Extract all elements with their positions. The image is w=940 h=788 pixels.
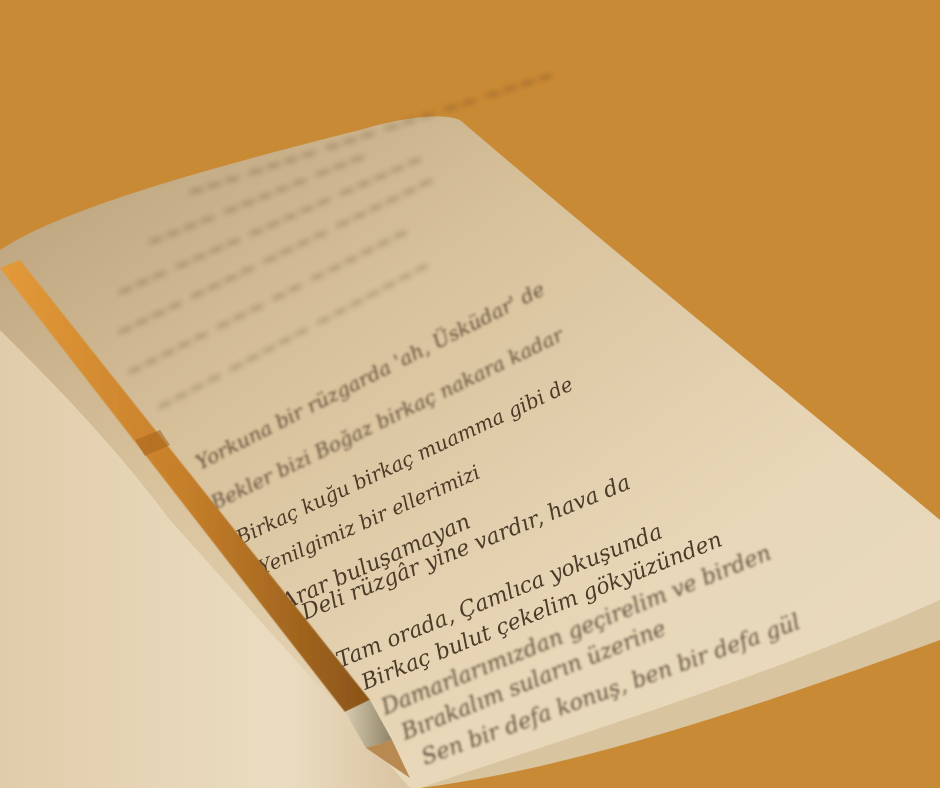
notebook-photo: ~~~ ~~~~ ~~~ ~~~ ~~ ~~~~ ~~~~ ~~~~~ ~~~ … [0, 0, 940, 788]
photo-scene: ~~~ ~~~~ ~~~ ~~~ ~~ ~~~~ ~~~~ ~~~~~ ~~~ … [0, 0, 940, 788]
